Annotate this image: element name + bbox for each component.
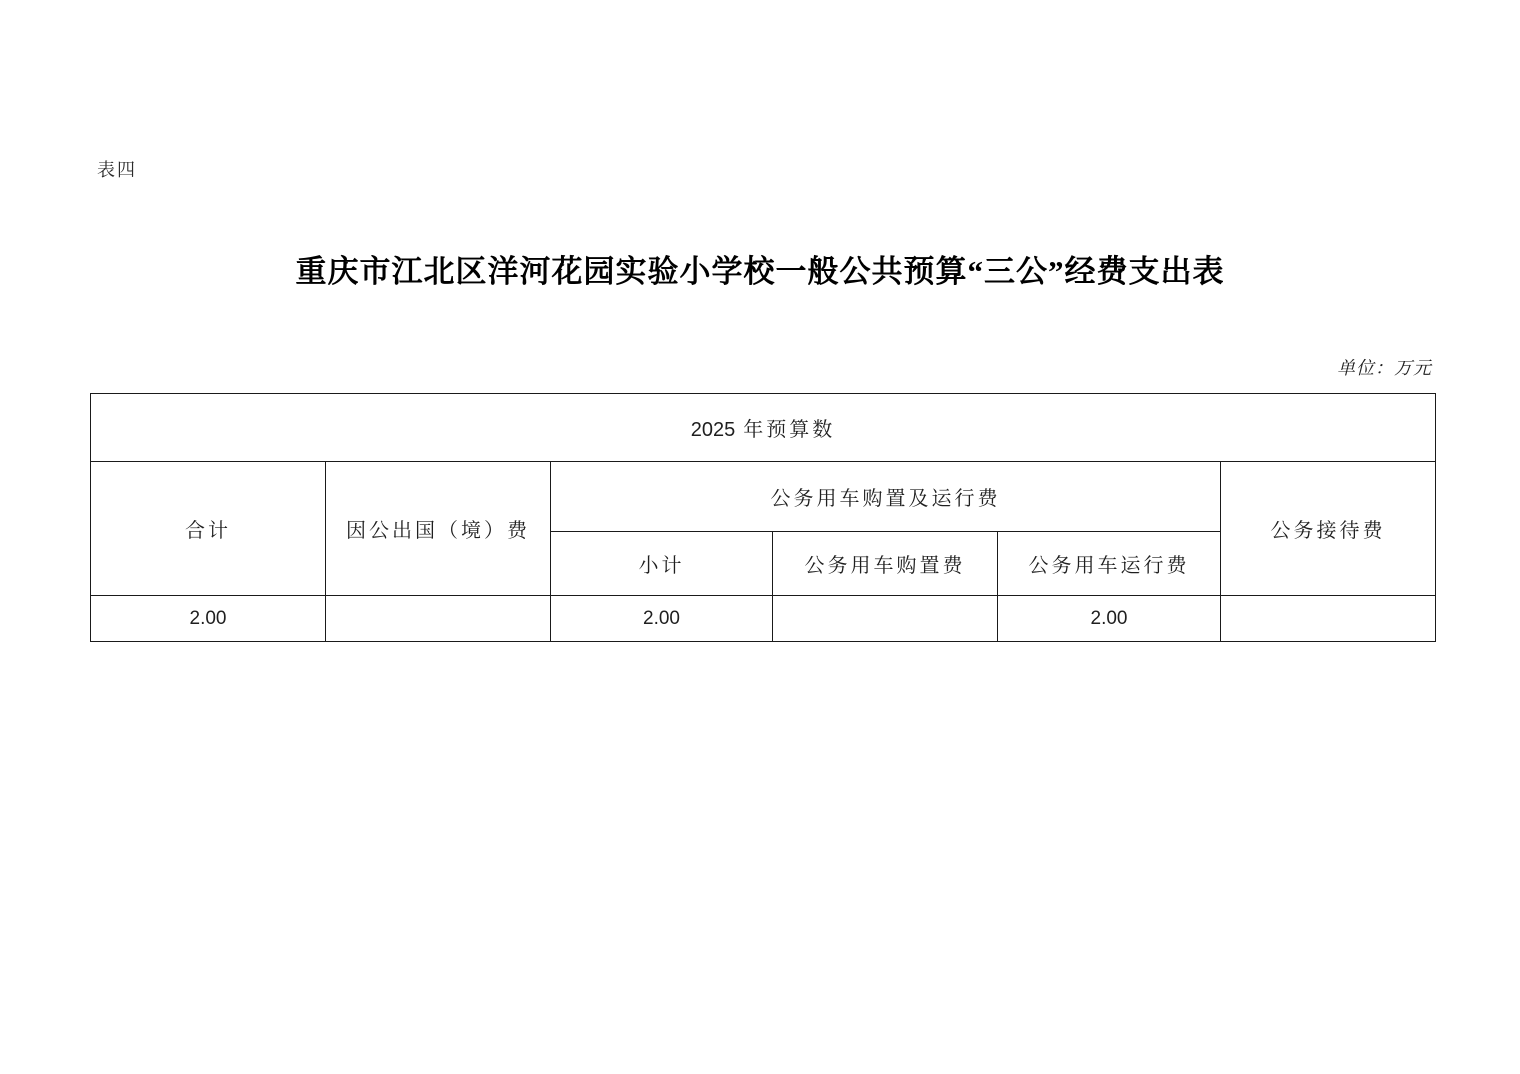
data-cell-total: 2.00 [91, 596, 326, 642]
year-text: 年预算数 [735, 419, 835, 441]
data-row: 2.00 2.00 2.00 [91, 596, 1436, 642]
budget-table: 2025 年预算数 合计 因公出国（境）费 公务用车购置及运行费 公务接待费 小… [90, 393, 1436, 642]
column-header-vehicle-group: 公务用车购置及运行费 [551, 462, 1221, 532]
document-page: 表四 重庆市江北区洋河花园实验小学校一般公共预算“三公”经费支出表 单位：万元 … [0, 0, 1520, 1074]
data-cell-reception [1221, 596, 1436, 642]
year-header-cell: 2025 年预算数 [91, 394, 1436, 462]
year-number: 2025 [691, 419, 736, 441]
table-number-label: 表四 [97, 156, 137, 182]
year-header-row: 2025 年预算数 [91, 394, 1436, 462]
column-header-vehicle-purchase: 公务用车购置费 [773, 532, 998, 596]
data-cell-vehicle-purchase [773, 596, 998, 642]
data-cell-vehicle-subtotal: 2.00 [551, 596, 773, 642]
column-header-total: 合计 [91, 462, 326, 596]
group-header-row: 合计 因公出国（境）费 公务用车购置及运行费 公务接待费 [91, 462, 1436, 532]
unit-note: 单位：万元 [1337, 354, 1432, 380]
data-cell-vehicle-operation: 2.00 [998, 596, 1221, 642]
document-title: 重庆市江北区洋河花园实验小学校一般公共预算“三公”经费支出表 [0, 246, 1520, 291]
column-header-abroad: 因公出国（境）费 [326, 462, 551, 596]
column-header-reception: 公务接待费 [1221, 462, 1436, 596]
column-header-vehicle-operation: 公务用车运行费 [998, 532, 1221, 596]
data-cell-abroad [326, 596, 551, 642]
column-header-vehicle-subtotal: 小计 [551, 532, 773, 596]
